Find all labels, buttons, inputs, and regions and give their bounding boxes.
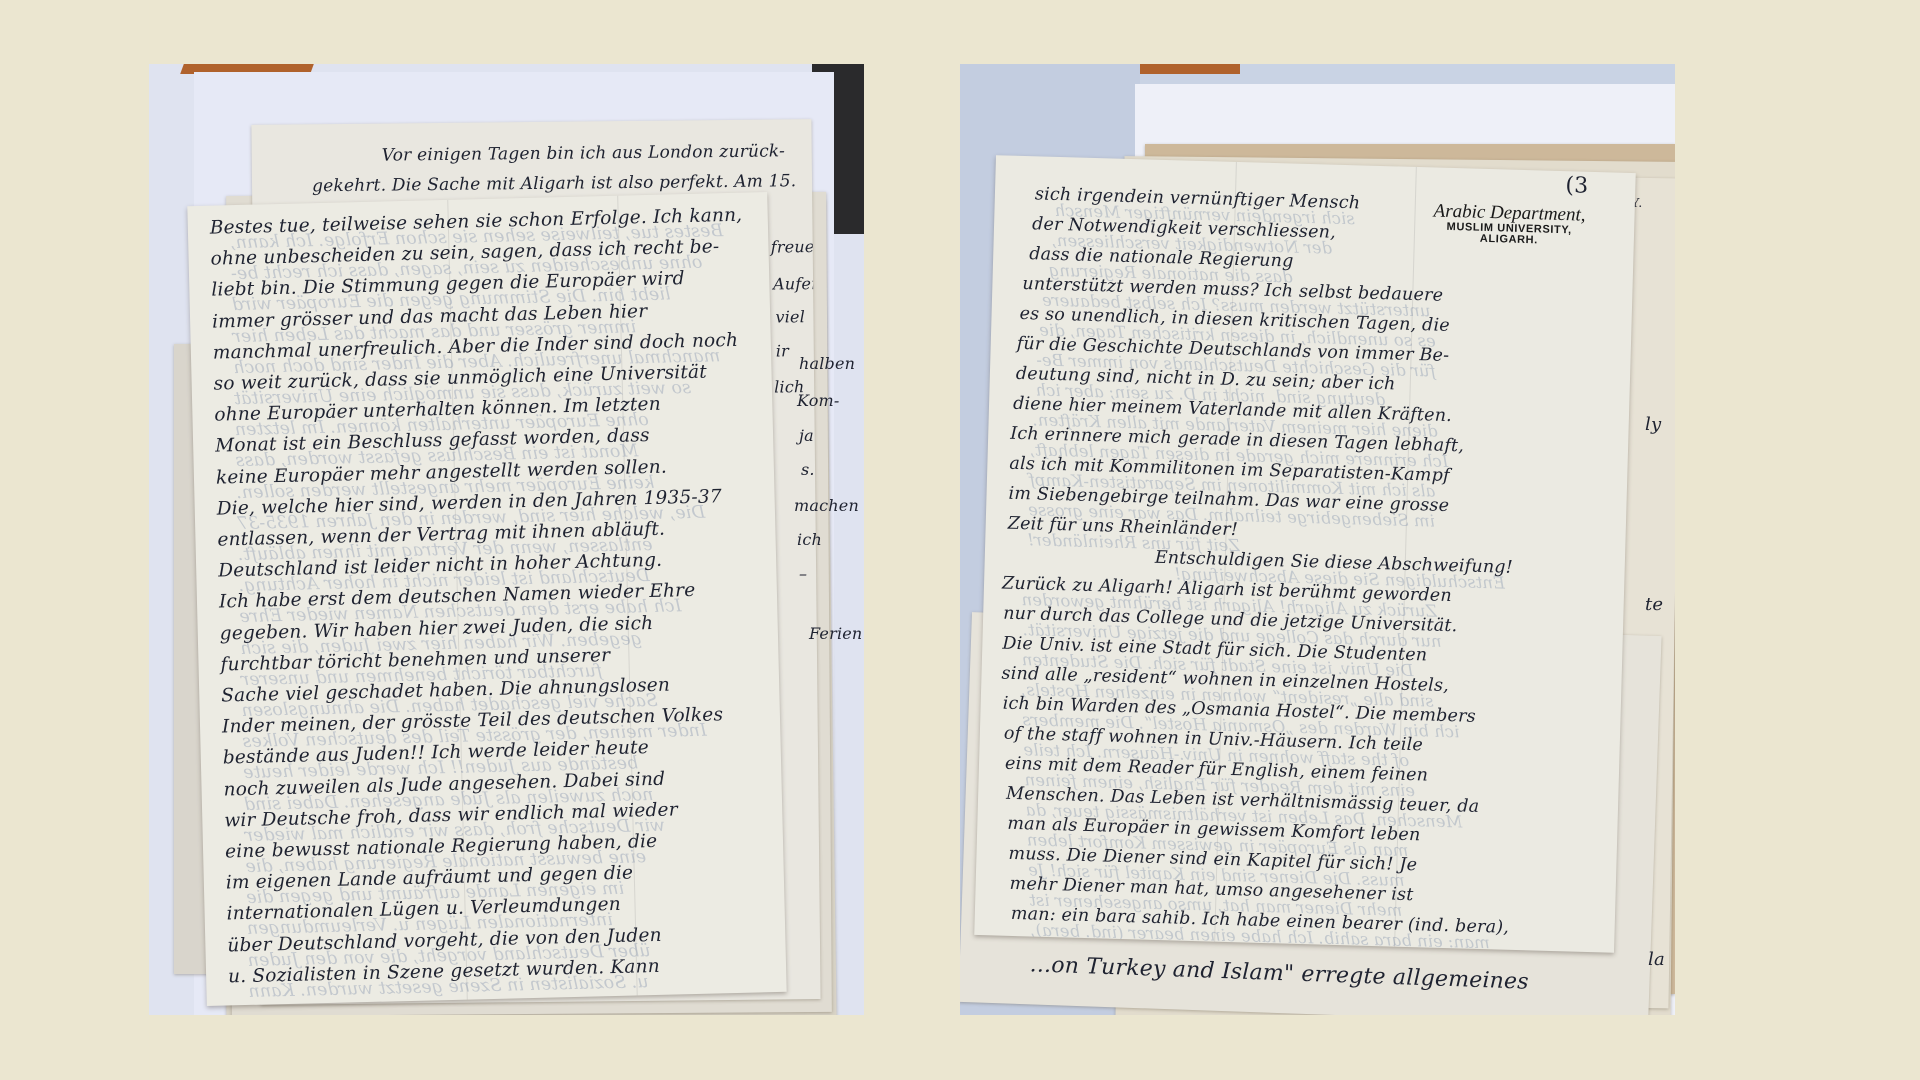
handwritten-fragment: s. bbox=[801, 460, 815, 479]
letter-photo-left: Vor einigen Tagen bin ich aus London zur… bbox=[149, 64, 864, 1015]
page-number: (3 bbox=[1565, 173, 1589, 199]
letter-page-top: u. Sozialisten in Szene gesetzt wurden. … bbox=[187, 192, 786, 1006]
letterhead: Arabic Department, MUSLIM UNIVERSITY, AL… bbox=[1414, 201, 1605, 249]
handwritten-fragment: Kom- bbox=[797, 391, 840, 410]
handwritten-line: Vor einigen Tagen bin ich aus London zur… bbox=[382, 141, 785, 165]
letter-page-top: (3 Arabic Department, MUSLIM UNIVERSITY,… bbox=[974, 155, 1636, 953]
handwritten-fragment: ir bbox=[776, 341, 789, 360]
handwritten-fragment: freue bbox=[771, 237, 815, 256]
handwritten-line: ...on Turkey and Islam" erregte allgemei… bbox=[1029, 952, 1529, 994]
handwritten-fragment: machen bbox=[794, 496, 859, 515]
handwritten-fragment: ja bbox=[799, 426, 814, 445]
handwritten-fragment: viel bbox=[775, 307, 805, 326]
letter-photo-right: ...on Turkey and Islam" erregte allgemei… bbox=[960, 64, 1675, 1015]
handwritten-fragment: Ferien bbox=[809, 624, 862, 643]
handwritten-fragment: la bbox=[1648, 949, 1665, 970]
handwritten-fragment: halben bbox=[799, 354, 855, 373]
handwritten-fragment: ly bbox=[1645, 414, 1661, 435]
handwritten-fragment: te bbox=[1645, 594, 1663, 615]
handwritten-fragment: ich bbox=[797, 530, 822, 549]
handwritten-fragment: – bbox=[799, 564, 807, 583]
